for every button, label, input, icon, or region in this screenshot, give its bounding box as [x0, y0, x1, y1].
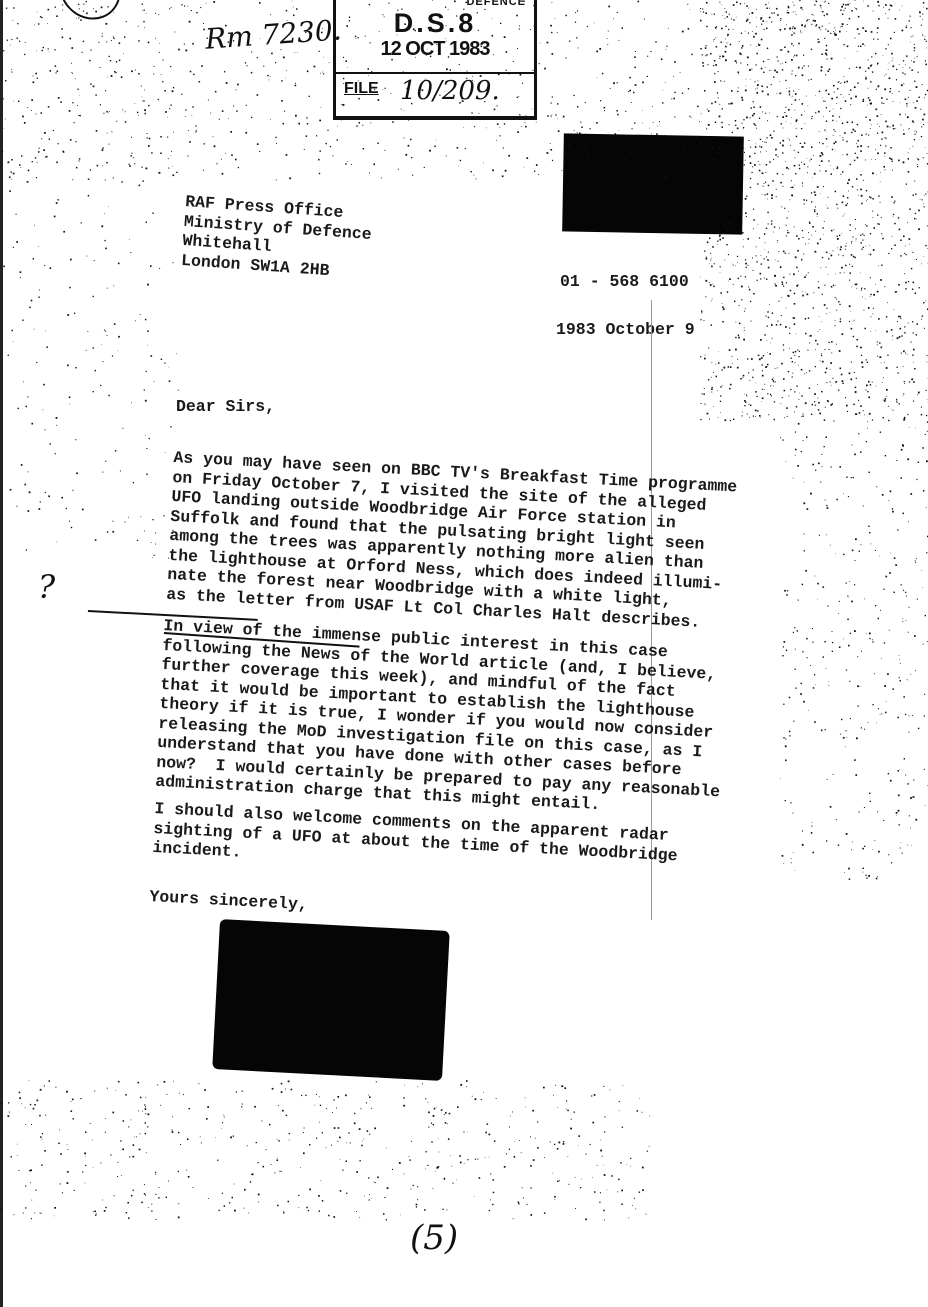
address-line: London SW1A 2HB — [181, 250, 330, 279]
redaction-signature — [212, 919, 450, 1081]
stamp-arc-mark — [47, 0, 133, 32]
paragraph-1: As you may have seen on BBC TV's Breakfa… — [166, 448, 738, 633]
salutation: Dear Sirs, — [176, 397, 275, 417]
stamp-date: 12 OCT 1983 — [336, 38, 534, 61]
page-number: (5) — [410, 1218, 458, 1258]
letter-date: 1983 October 9 — [556, 320, 695, 340]
stamp-file-number: 10/209. — [400, 76, 500, 106]
registry-stamp: DEFENCE D.S.8 12 OCT 1983 FILE 10/209. — [333, 0, 537, 120]
phone-number: 01 - 568 6100 — [560, 272, 689, 292]
stamp-file-label: FILE — [344, 80, 379, 98]
redaction-sender-address — [562, 133, 744, 234]
recipient-address: RAF Press Office Ministry of Defence Whi… — [181, 192, 374, 283]
paragraph-2: In view of the immense public interest i… — [155, 616, 728, 821]
stamp-office: D.S.8 — [336, 8, 534, 39]
closing: Yours sincerely, — [149, 887, 308, 915]
handwritten-reference: Rm 7230. — [204, 13, 343, 55]
margin-question-mark: ? — [38, 568, 55, 606]
stamp-header: DEFENCE — [466, 0, 526, 8]
stamp-divider — [336, 72, 534, 74]
scan-edge — [0, 0, 3, 1307]
